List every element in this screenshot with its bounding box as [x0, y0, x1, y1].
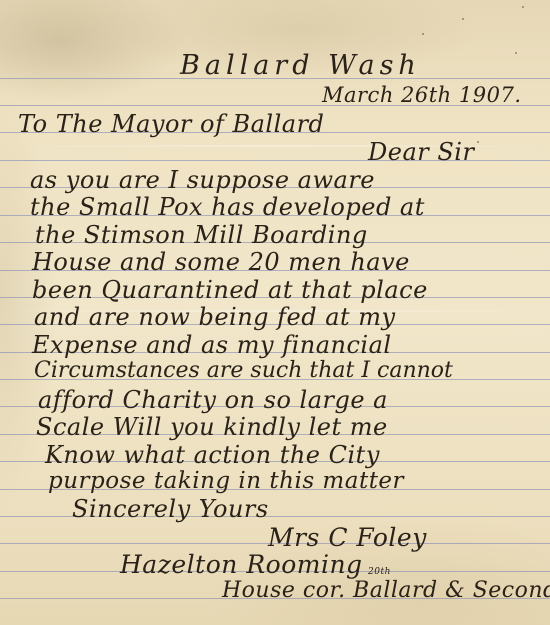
body-line: purpose taking in this matter — [48, 468, 404, 494]
body-line: been Quarantined at that place — [32, 276, 428, 304]
letter-greeting: Dear Sir — [368, 138, 474, 166]
body-line: afford Charity on so large a — [38, 386, 388, 414]
letter-closing: Sincerely Yours — [72, 495, 269, 523]
body-line: Know what action the City — [45, 441, 380, 469]
paper-speck — [422, 33, 424, 35]
body-line: the Small Pox has developed at — [30, 193, 425, 221]
letter-place: Ballard Wash — [180, 50, 421, 81]
body-line: Scale Will you kindly let me — [36, 413, 388, 441]
letter-signature: Mrs C Foley — [268, 523, 427, 552]
body-line: the Stimson Mill Boarding — [35, 221, 368, 249]
paper-speck — [522, 6, 524, 8]
address-superscript: 20th — [368, 567, 391, 577]
letter-date: March 26th 1907. — [322, 83, 522, 107]
body-line: as you are I suppose aware — [30, 166, 375, 194]
paper-speck — [462, 18, 464, 20]
letter-addressee: To The Mayor of Ballard — [18, 110, 324, 138]
body-line: House and some 20 men have — [32, 248, 410, 276]
letter-page: Ballard Wash March 26th 1907. To The May… — [0, 0, 550, 625]
paper-speck — [515, 52, 517, 54]
body-line: Expense and as my financial — [32, 331, 392, 359]
address-line-1: Hazelton Rooming — [120, 550, 363, 579]
paper-speck — [477, 141, 479, 143]
address-line-2: House cor. Ballard & Second — [222, 578, 550, 603]
body-line: and are now being fed at my — [34, 303, 396, 331]
body-line: Circumstances are such that I cannot — [34, 358, 453, 383]
